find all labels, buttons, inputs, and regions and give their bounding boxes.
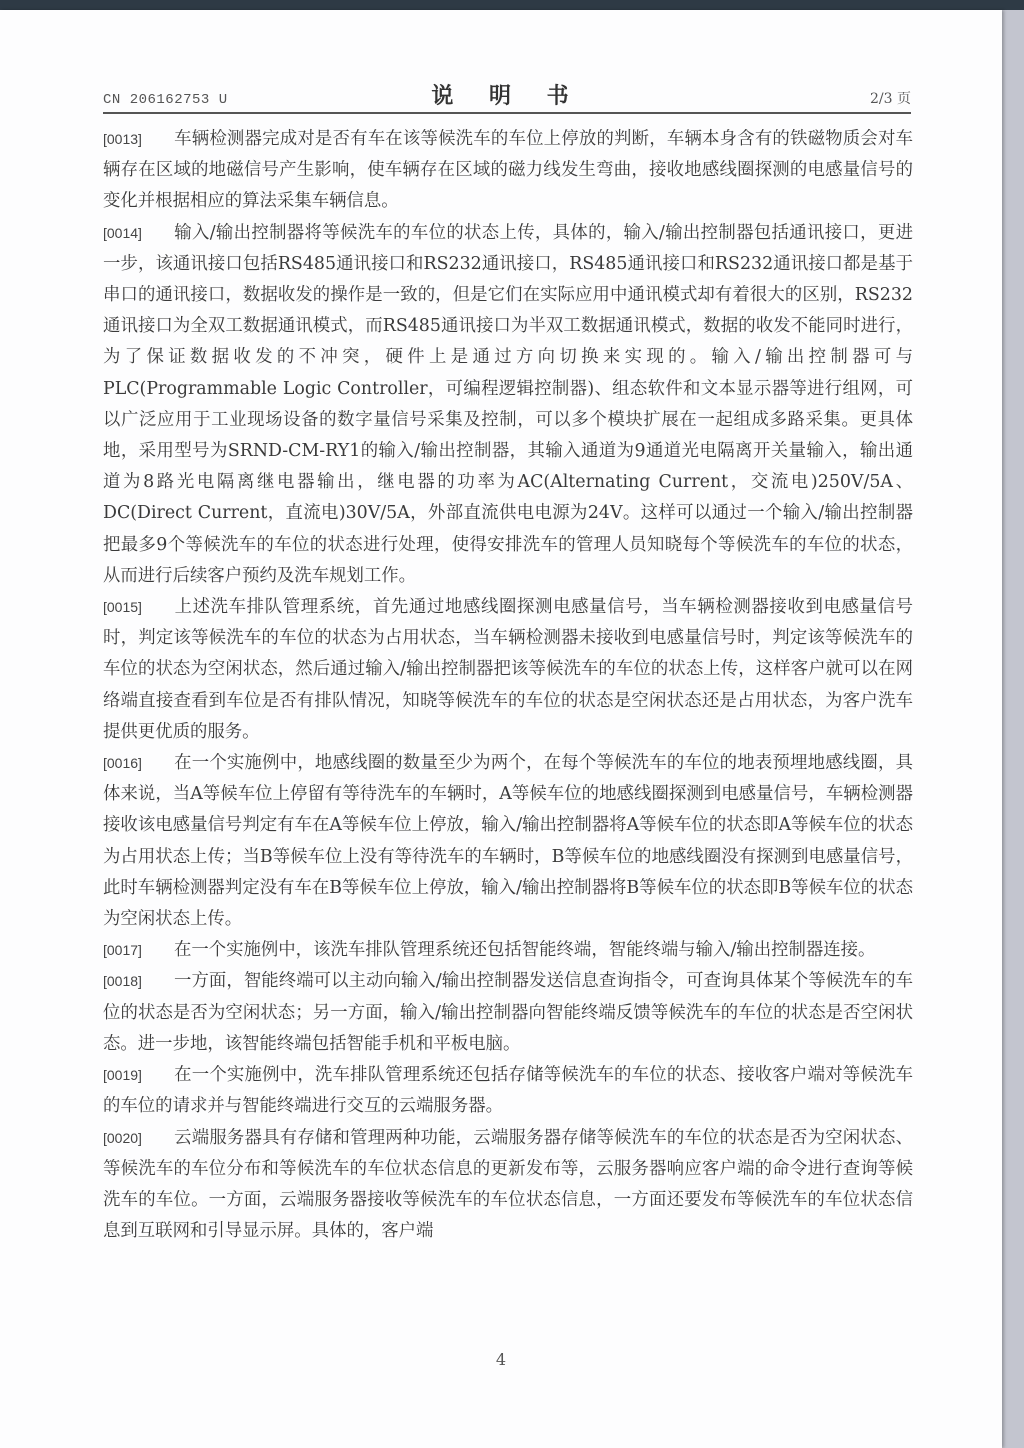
- paragraph-0019: [0019]在一个实施例中，洗车排队管理系统还包括存储等候洗车的车位的状态、接收…: [103, 1060, 913, 1122]
- paragraph-0020: [0020]云端服务器具有存储和管理两种功能，云端服务器存储等候洗车的车位的状态…: [103, 1123, 913, 1248]
- paragraph-text: 在一个实施例中，该洗车排队管理系统还包括智能终端，智能终端与输入/输出控制器连接…: [174, 940, 876, 960]
- paragraph-number: [0014]: [103, 225, 142, 241]
- page-header: CN 206162753 U 说 明 书 2/3 页: [103, 80, 911, 112]
- paragraph-0016: [0016]在一个实施例中，地感线圈的数量至少为两个，在每个等候洗车的车位的地表…: [103, 748, 913, 935]
- paragraph-text: 输入/输出控制器将等候洗车的车位的状态上传，具体的，输入/输出控制器包括通讯接口…: [103, 223, 913, 586]
- paragraph-0015: [0015]上述洗车排队管理系统，首先通过地感线圈探测电感量信号，当车辆检测器接…: [103, 592, 913, 748]
- paragraph-0017: [0017]在一个实施例中，该洗车排队管理系统还包括智能终端，智能终端与输入/输…: [103, 935, 913, 966]
- document-body: [0013]车辆检测器完成对是否有车在该等候洗车的车位上停放的判断，车辆本身含有…: [103, 124, 913, 1247]
- paragraph-number: [0017]: [103, 942, 142, 958]
- page-title: 说 明 书: [103, 79, 911, 110]
- paragraph-number: [0020]: [103, 1130, 142, 1146]
- page-indicator: 2/3 页: [870, 88, 911, 108]
- paragraph-number: [0016]: [103, 755, 142, 771]
- paragraph-number: [0019]: [103, 1067, 142, 1083]
- paragraph-0018: [0018]一方面，智能终端可以主动向输入/输出控制器发送信息查询指令，可查询具…: [103, 966, 913, 1060]
- paragraph-text: 一方面，智能终端可以主动向输入/输出控制器发送信息查询指令，可查询具体某个等候洗…: [103, 971, 913, 1053]
- scan-right-edge: [1002, 10, 1024, 1448]
- paragraph-text: 在一个实施例中，地感线圈的数量至少为两个，在每个等候洗车的车位的地表预埋地感线圈…: [103, 753, 913, 929]
- paragraph-text: 云端服务器具有存储和管理两种功能，云端服务器存储等候洗车的车位的状态是否为空闲状…: [103, 1128, 913, 1242]
- paragraph-number: [0018]: [103, 973, 142, 989]
- header-divider: [103, 112, 911, 114]
- paragraph-text: 在一个实施例中，洗车排队管理系统还包括存储等候洗车的车位的状态、接收客户端对等候…: [103, 1065, 913, 1116]
- paragraph-text: 车辆检测器完成对是否有车在该等候洗车的车位上停放的判断，车辆本身含有的铁磁物质会…: [103, 129, 913, 211]
- scan-top-border: [0, 0, 1024, 10]
- paragraph-0013: [0013]车辆检测器完成对是否有车在该等候洗车的车位上停放的判断，车辆本身含有…: [103, 124, 913, 218]
- paragraph-0014: [0014]输入/输出控制器将等候洗车的车位的状态上传，具体的，输入/输出控制器…: [103, 218, 913, 592]
- paragraph-number: [0013]: [103, 131, 142, 147]
- page-number: 4: [0, 1350, 1002, 1369]
- paragraph-text: 上述洗车排队管理系统，首先通过地感线圈探测电感量信号，当车辆检测器接收到电感量信…: [103, 597, 913, 742]
- paragraph-number: [0015]: [103, 599, 142, 615]
